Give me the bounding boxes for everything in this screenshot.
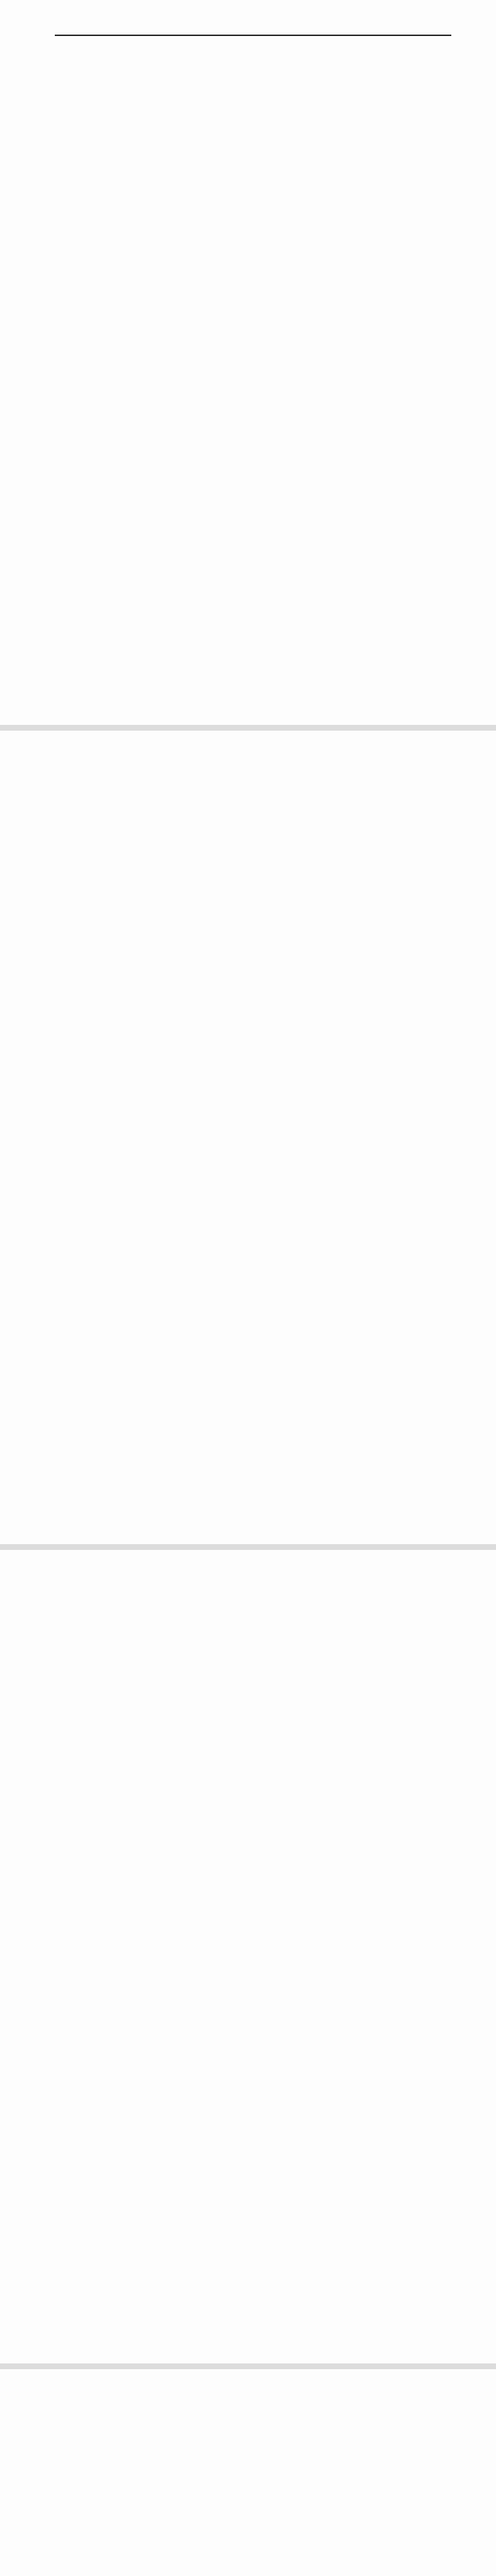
title-rule xyxy=(55,35,451,36)
page-separator xyxy=(0,725,496,731)
page-1 xyxy=(0,0,496,725)
page-separator xyxy=(0,1544,496,1550)
page-2 xyxy=(0,731,496,1544)
page-3 xyxy=(0,1550,496,2363)
page-4 xyxy=(0,2369,496,2576)
page-separator xyxy=(0,2363,496,2369)
